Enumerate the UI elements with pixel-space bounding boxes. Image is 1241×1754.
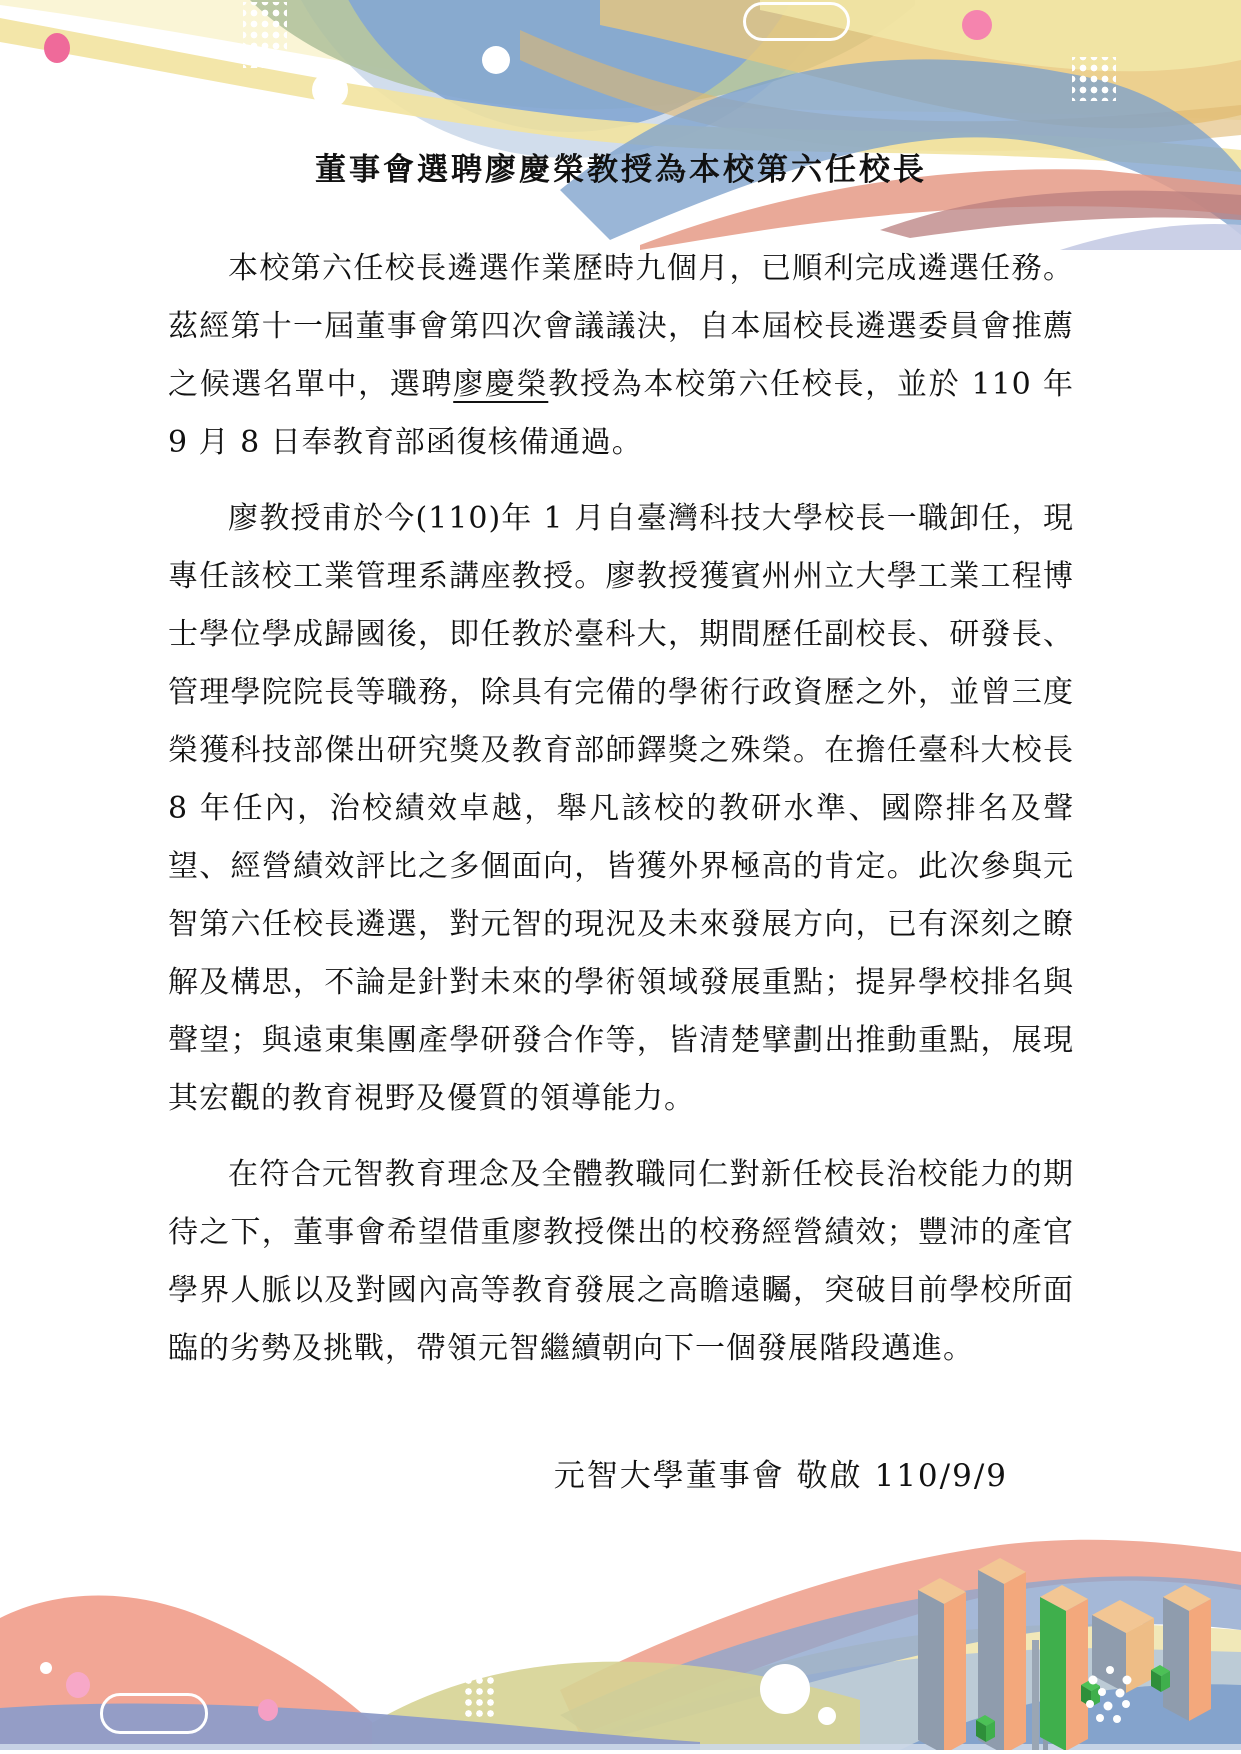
dot-grid-top-center	[243, 2, 287, 68]
pink-dot-bottom-1	[66, 1672, 90, 1698]
dot-grid-bottom-left	[463, 1664, 496, 1719]
pink-dot-bottom-2	[258, 1699, 278, 1721]
paragraph-2: 廖教授甫於今(110)年 1 月自臺灣科技大學校長一職卸任，現專任該校工業管理系…	[168, 490, 1074, 1128]
white-circle-top-1	[312, 72, 348, 108]
capsule-outline-top	[743, 2, 850, 41]
document-body: 董事會選聘廖慶榮教授為本校第六任校長 本校第六任校長遴選作業歷時九個月，已順利完…	[168, 150, 1074, 1495]
white-circle-bottom-1	[760, 1664, 810, 1714]
dot-grid-top-right	[1072, 57, 1116, 101]
white-circle-top-2	[482, 46, 510, 74]
bottom-decoration	[0, 1490, 1241, 1754]
capsule-outline-bottom	[100, 1693, 208, 1734]
pink-dot-top-left	[44, 33, 70, 63]
signature-line: 元智大學董事會 敬啟 110/9/9	[168, 1450, 1074, 1495]
buildings-illustration	[918, 1558, 1211, 1750]
appointee-name: 廖慶榮	[453, 367, 548, 402]
page-title: 董事會選聘廖慶榮教授為本校第六任校長	[168, 150, 1074, 190]
bottom-wave-art	[0, 1490, 1241, 1750]
white-dot-bottom-small	[40, 1662, 52, 1674]
scattered-dots-bottom-right	[1086, 1666, 1132, 1723]
document-page: 董事會選聘廖慶榮教授為本校第六任校長 本校第六任校長遴選作業歷時九個月，已順利完…	[0, 0, 1241, 1754]
white-circle-bottom-2	[818, 1707, 836, 1725]
paragraph-3: 在符合元智教育理念及全體教職同仁對新任校長治校能力的期待之下，董事會希望借重廖教…	[168, 1146, 1074, 1378]
pink-dot-top-right	[962, 10, 992, 40]
paragraph-1: 本校第六任校長遴選作業歷時九個月，已順利完成遴選任務。茲經第十一屆董事會第四次會…	[168, 240, 1074, 472]
